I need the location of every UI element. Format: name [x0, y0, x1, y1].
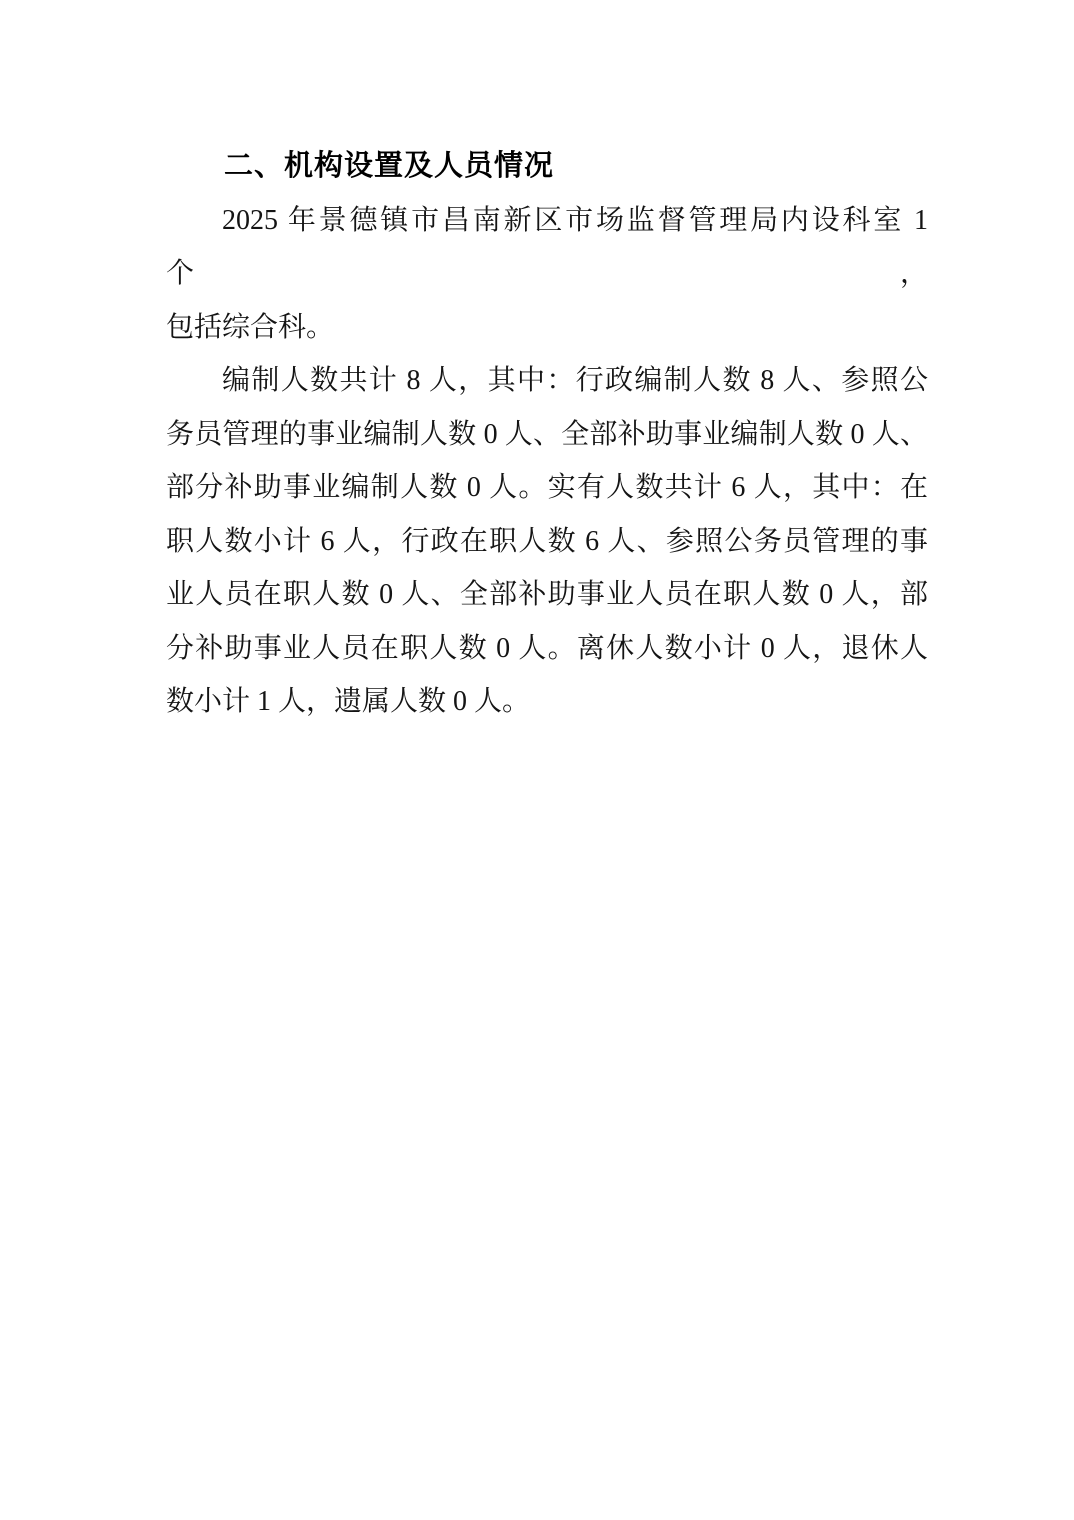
paragraph-org-setup: 2025 年景德镇市昌南新区市场监督管理局内设科室 1 个， 包括综合科。 [166, 194, 928, 355]
document-page: 二、机构设置及人员情况 2025 年景德镇市昌南新区市场监督管理局内设科室 1 … [0, 0, 1074, 1520]
text-line: 数小计 1 人，遗属人数 0 人。 [166, 675, 928, 729]
section-heading: 二、机构设置及人员情况 [166, 140, 928, 194]
section-heading-text: 二、机构设置及人员情况 [166, 140, 928, 194]
text-line: 职人数小计 6 人，行政在职人数 6 人、参照公务员管理的事 [166, 515, 928, 569]
text-line: 包括综合科。 [166, 301, 928, 355]
document-content: 二、机构设置及人员情况 2025 年景德镇市昌南新区市场监督管理局内设科室 1 … [166, 140, 928, 729]
text-line: 编制人数共计 8 人，其中：行政编制人数 8 人、参照公 [166, 354, 928, 408]
text-line: 2025 年景德镇市昌南新区市场监督管理局内设科室 1 个， [166, 194, 928, 301]
text-line: 部分补助事业编制人数 0 人。实有人数共计 6 人，其中：在 [166, 461, 928, 515]
text-line: 务员管理的事业编制人数 0 人、全部补助事业编制人数 0 人、 [166, 408, 928, 462]
paragraph-staffing: 编制人数共计 8 人，其中：行政编制人数 8 人、参照公 务员管理的事业编制人数… [166, 354, 928, 729]
text-line: 分补助事业人员在职人数 0 人。离休人数小计 0 人，退休人 [166, 622, 928, 676]
text-line: 业人员在职人数 0 人、全部补助事业人员在职人数 0 人，部 [166, 568, 928, 622]
